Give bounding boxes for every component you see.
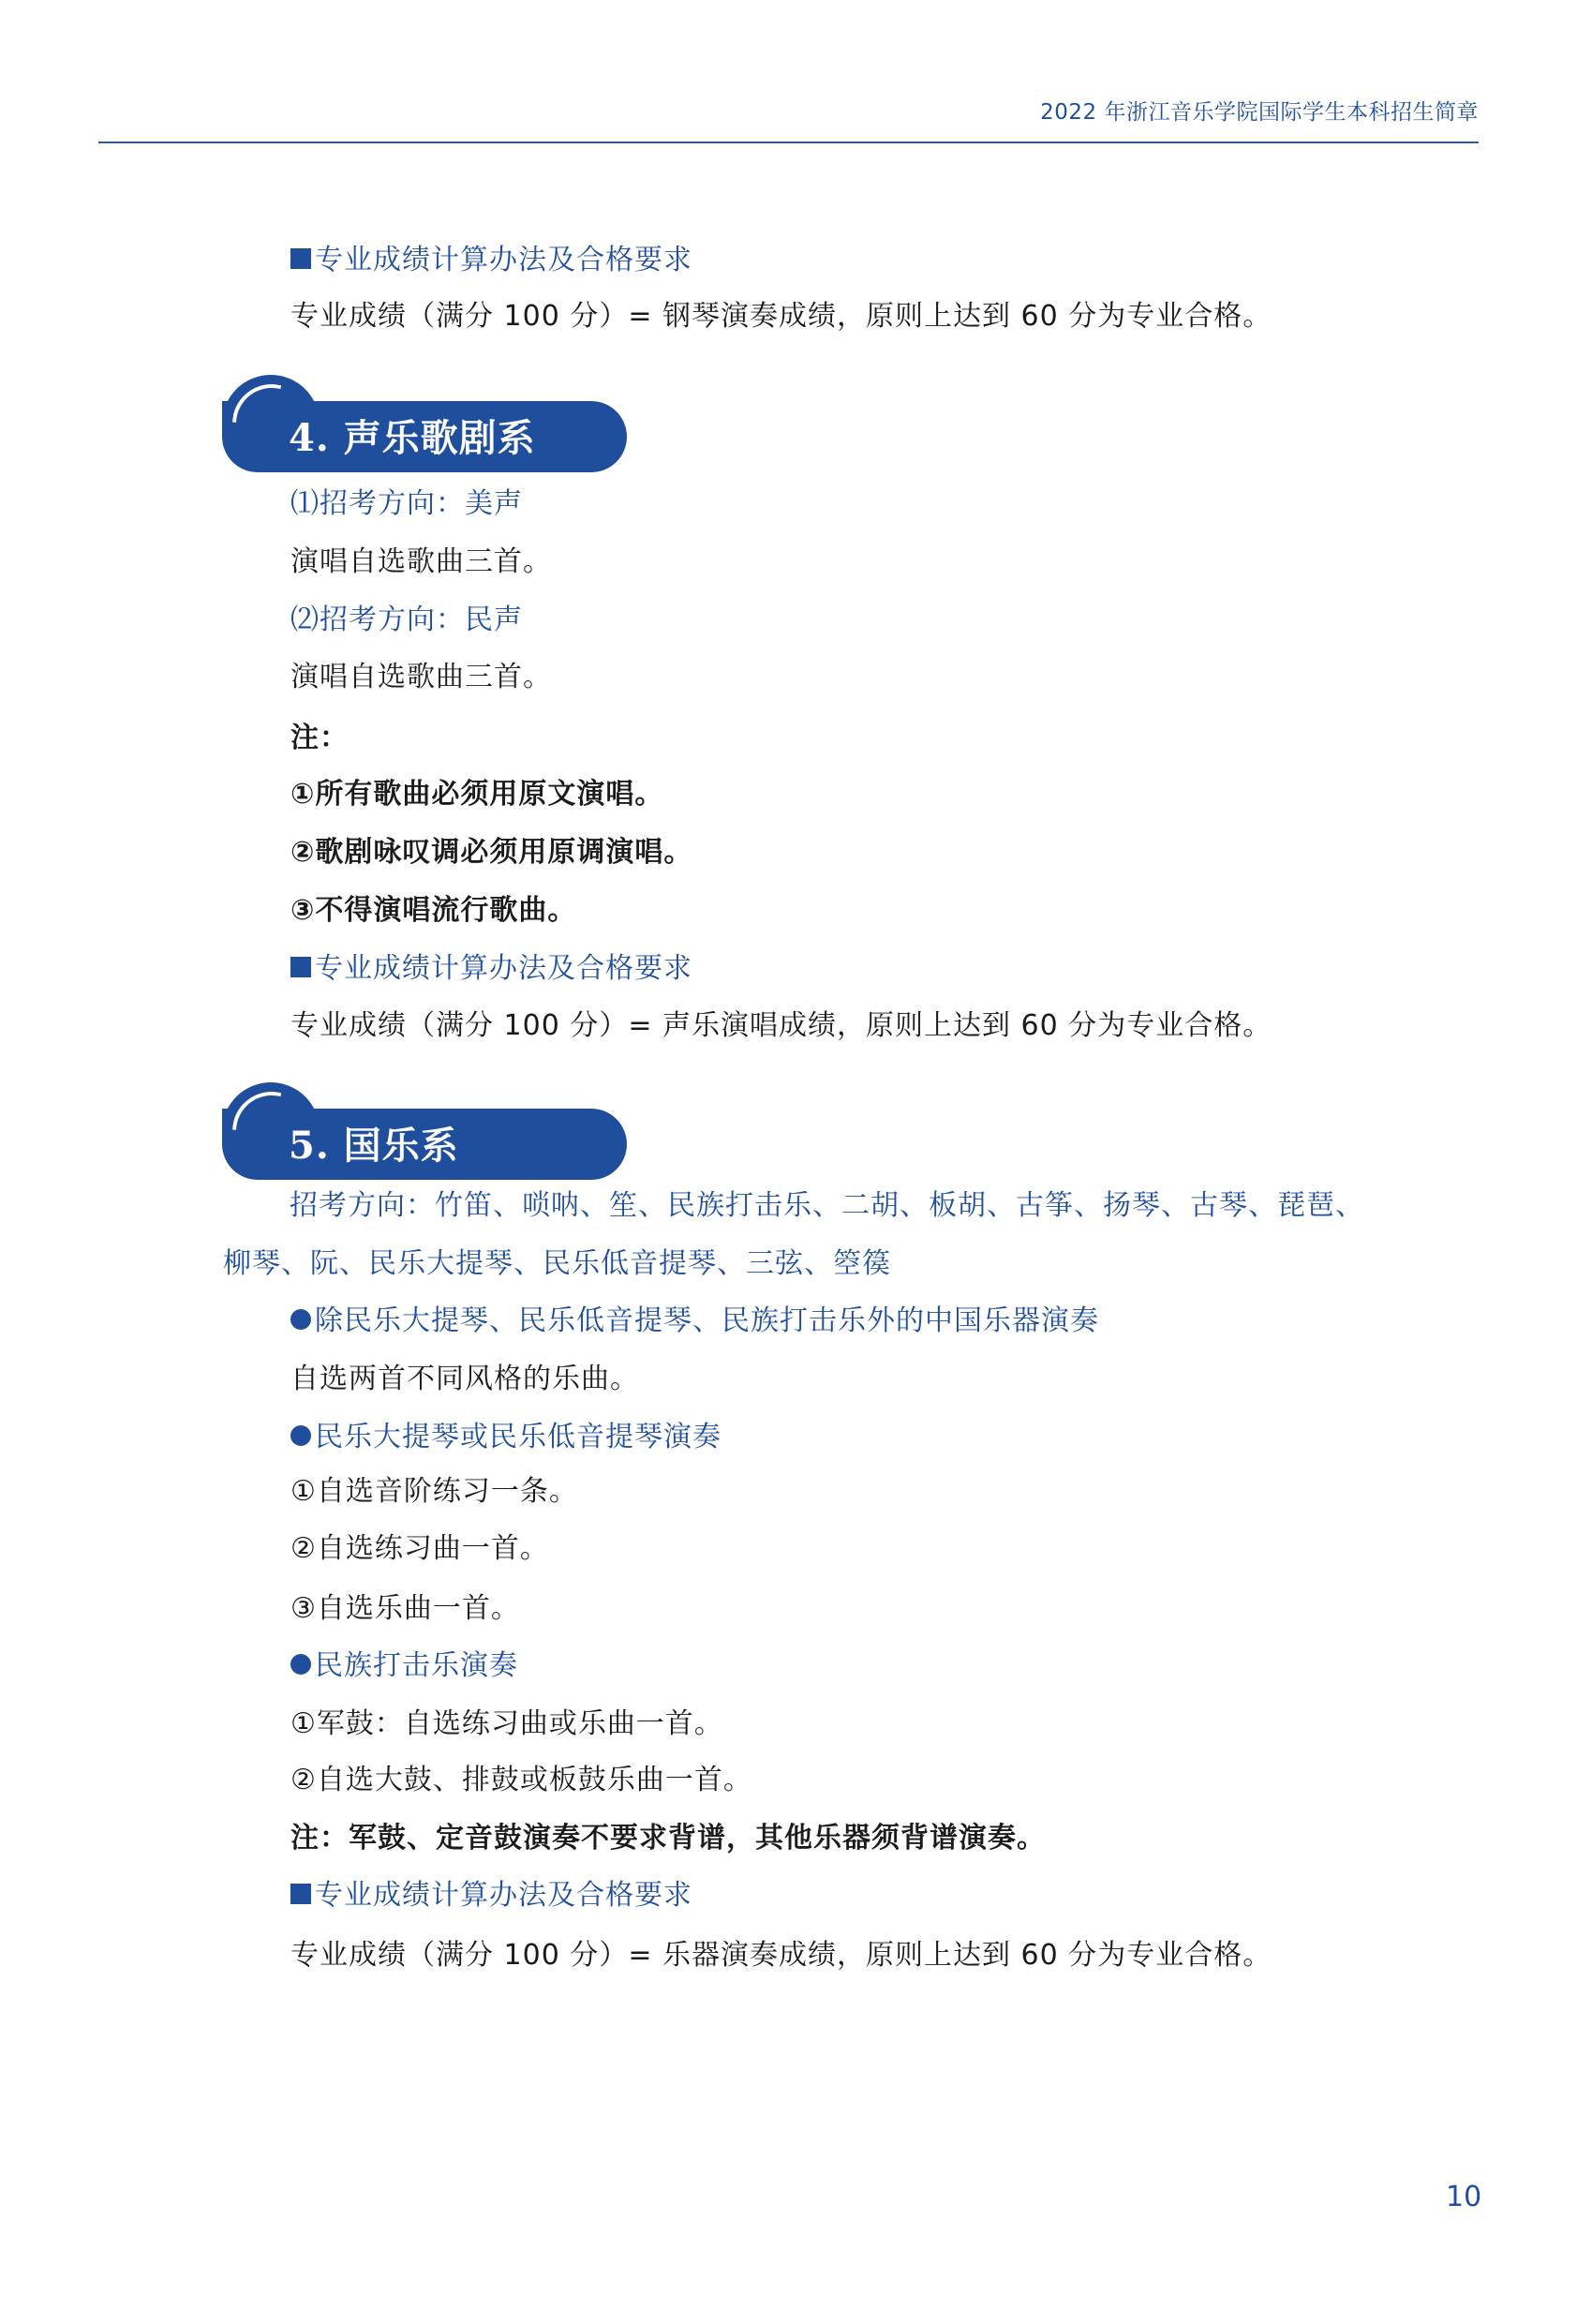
score-text: 专业成绩（满分 100 分）= 钢琴演奏成绩，原则上达到 60 分为专业合格。 <box>290 298 1272 335</box>
header-divider <box>98 142 1479 143</box>
list-item: ③自选乐曲一首。 <box>290 1590 520 1628</box>
circle-bullet-icon <box>290 1309 311 1330</box>
group-3-heading: 民族打击乐演奏 <box>290 1647 518 1685</box>
score-heading-text: 专业成绩计算办法及合格要求 <box>315 1879 692 1912</box>
score-heading-text: 专业成绩计算办法及合格要求 <box>315 952 692 985</box>
section-5-banner: 5. 国乐系 <box>222 1082 627 1180</box>
direction-2-text: 演唱自选歌曲三首。 <box>290 659 552 696</box>
note-item: ③不得演唱流行歌曲。 <box>290 892 576 930</box>
score-text: 专业成绩（满分 100 分）= 乐器演奏成绩，原则上达到 60 分为专业合格。 <box>290 1937 1272 1974</box>
square-bullet-icon <box>290 1884 311 1904</box>
score-text: 专业成绩（满分 100 分）= 声乐演唱成绩，原则上达到 60 分为专业合格。 <box>290 1007 1272 1045</box>
page-number: 10 <box>1446 2182 1481 2213</box>
group-2-heading: 民乐大提琴或民乐低音提琴演奏 <box>290 1419 722 1456</box>
section-4-banner: 4. 声乐歌剧系 <box>222 375 627 472</box>
circle-bullet-icon <box>290 1654 311 1675</box>
note-item: ②歌剧咏叹调必须用原调演唱。 <box>290 834 692 871</box>
note-text: 注：军鼓、定音鼓演奏不要求背谱，其他乐器须背谱演奏。 <box>290 1820 1046 1857</box>
direction-1: ⑴招考方向：美声 <box>290 485 523 523</box>
score-heading: 专业成绩计算办法及合格要求 <box>290 242 692 279</box>
group-1-heading: 除民乐大提琴、民乐低音提琴、民族打击乐外的中国乐器演奏 <box>290 1303 1099 1340</box>
score-heading-text: 专业成绩计算办法及合格要求 <box>315 244 692 276</box>
group-3-heading-text: 民族打击乐演奏 <box>315 1649 518 1682</box>
direction-1-text: 演唱自选歌曲三首。 <box>290 544 552 581</box>
group-1-heading-text: 除民乐大提琴、民乐低音提琴、民族打击乐外的中国乐器演奏 <box>315 1304 1099 1337</box>
directions-paragraph: 招考方向：竹笛、唢呐、笙、民族打击乐、二胡、板胡、古筝、扬琴、古琴、琵琶、柳琴、… <box>223 1177 1376 1293</box>
section-4-title: 4. 声乐歌剧系 <box>289 409 536 469</box>
circle-bullet-icon <box>290 1425 311 1446</box>
square-bullet-icon <box>290 957 311 977</box>
note-label: 注： <box>290 720 349 757</box>
list-item: ②自选练习曲一首。 <box>290 1530 549 1568</box>
note-item: ①所有歌曲必须用原文演唱。 <box>290 776 663 813</box>
group-2-heading-text: 民乐大提琴或民乐低音提琴演奏 <box>315 1421 722 1453</box>
square-bullet-icon <box>290 248 311 269</box>
list-item: ①军鼓：自选练习曲或乐曲一首。 <box>290 1706 723 1743</box>
list-item: ①自选音阶练习一条。 <box>290 1473 578 1511</box>
group-1-text: 自选两首不同风格的乐曲。 <box>290 1361 639 1398</box>
direction-2: ⑵招考方向：民声 <box>290 602 523 639</box>
list-item: ②自选大鼓、排鼓或板鼓乐曲一首。 <box>290 1762 752 1799</box>
running-header-title: 2022 年浙江音乐学院国际学生本科招生简章 <box>1040 97 1479 127</box>
section-5-title: 5. 国乐系 <box>289 1116 459 1176</box>
score-heading: 专业成绩计算办法及合格要求 <box>290 950 692 988</box>
score-heading: 专业成绩计算办法及合格要求 <box>290 1877 692 1914</box>
